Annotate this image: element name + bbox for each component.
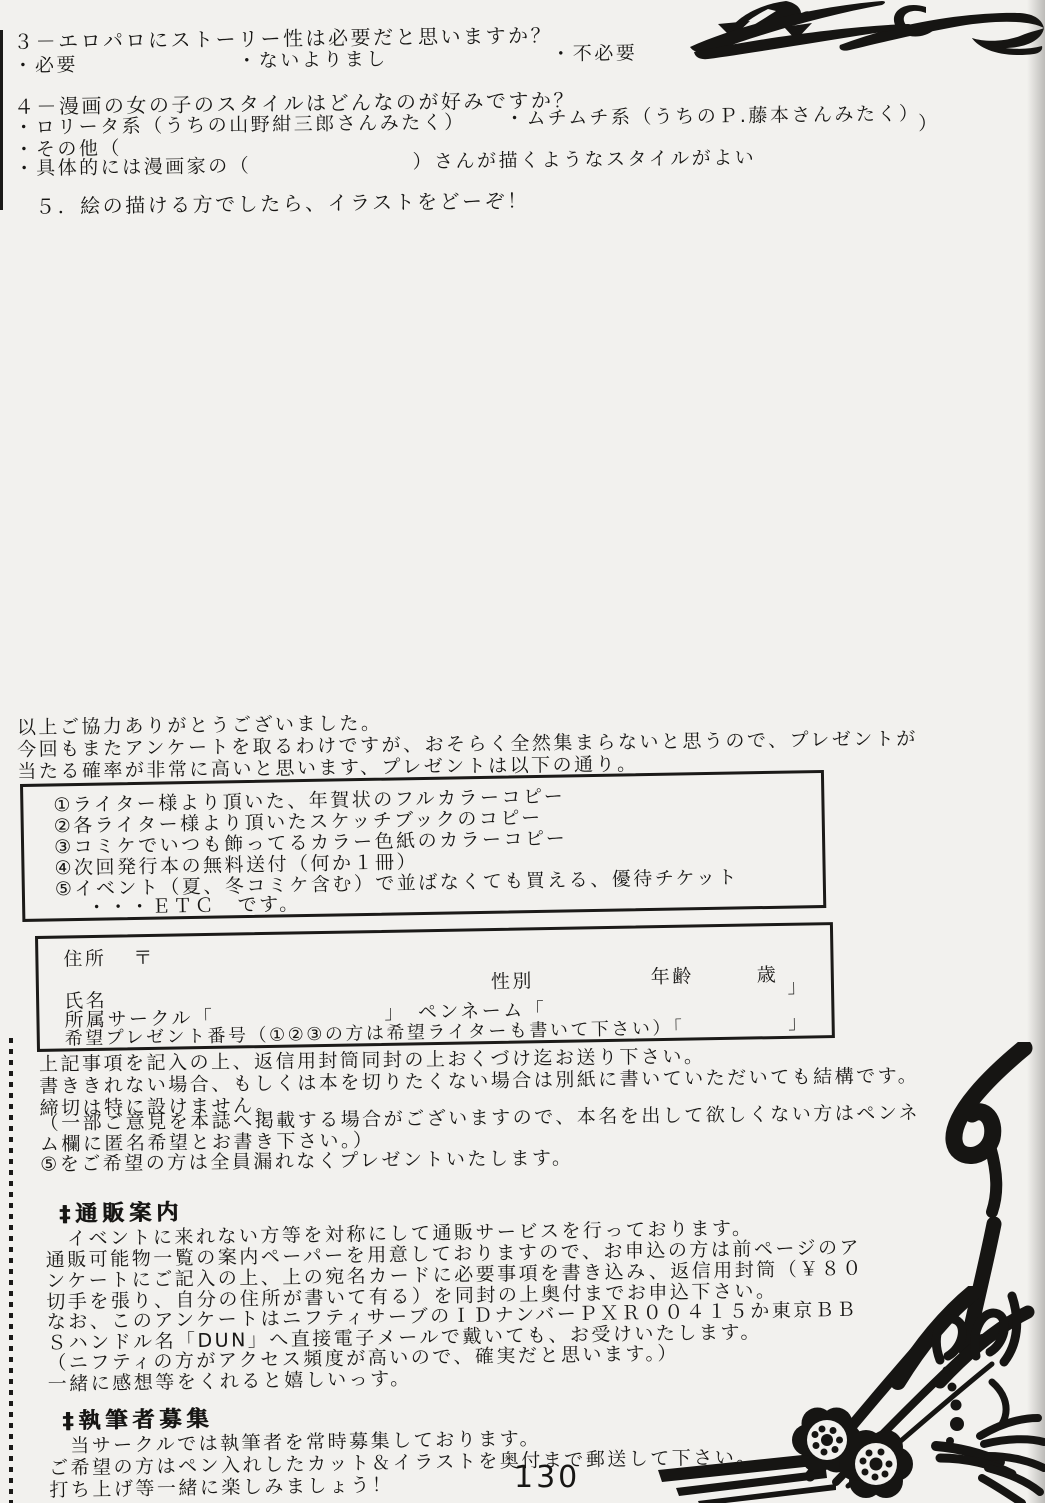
- prize-number-close-bracket: 」: [788, 1013, 810, 1032]
- question-4-option-specific-right: ）さんが描くようなスタイルがよい: [412, 149, 756, 172]
- age-field-label: 年齢: [651, 968, 694, 988]
- writer-recruit-line: 打ち上げ等一緒に楽しみましょう！: [49, 1476, 393, 1500]
- question-4-option-lolita: ・ロリータ系（うちの山野紺三郎さんみたく）: [14, 113, 466, 138]
- address-field-label: 住所: [63, 950, 106, 970]
- postal-mark: 〒: [133, 949, 155, 968]
- question-4-overflow-paren: ）: [918, 115, 940, 134]
- mail-order-line: 一緒に感想等をくれると嬉しいっす。: [48, 1370, 412, 1395]
- penname-close-bracket: 」: [787, 978, 809, 997]
- question-3-option-fuhitsuyou: ・不必要: [551, 44, 637, 64]
- question-5-title: ５．絵の描ける方でしたら、イラストをどーぞ！: [35, 191, 530, 217]
- mail-order-heading: ‡通販案内: [59, 1202, 183, 1226]
- floral-corner-icon: [640, 1286, 1045, 1503]
- writer-recruit-heading: ‡執筆者募集: [62, 1409, 213, 1433]
- scanned-doujinshi-page: ３－エロパロにストーリー性は必要だと思いますか？ ・必要 ・ないよりまし ・不必…: [0, 0, 1045, 1503]
- question-4-option-specific-left: ・具体的には漫画家の（: [15, 157, 252, 179]
- question-3-option-hitsuyou: ・必要: [13, 56, 78, 76]
- prize-list-box: ①ライター様より頂いた、年賀状のフルカラーコピー ②各ライター様より頂いたスケッ…: [20, 770, 826, 922]
- question-3-option-naiyorimashi: ・ないよりまし: [237, 50, 388, 71]
- page-number: 130: [514, 1463, 580, 1493]
- cut-dashed-line-icon: [9, 1038, 13, 1503]
- gender-field-label: 性別: [491, 972, 534, 992]
- reply-form-box: 住所 〒 性別 年齢 歳 氏名 所属サークル「 」 ペンネーム「 」 希望プレゼ…: [35, 922, 835, 1052]
- prize-item-etc: ・・・ＥＴＣ です。: [87, 895, 301, 918]
- question-3-title: ３－エロパロにストーリー性は必要だと思いますか？: [13, 25, 553, 52]
- note-line: ⑤をご希望の方は全員漏れなくプレゼントいたします。: [40, 1149, 573, 1175]
- age-unit-label: 歳: [757, 966, 779, 985]
- survey-questions-block: ３－エロパロにストーリー性は必要だと思いますか？ ・必要 ・ないよりまし ・不必…: [0, 0, 1045, 230]
- question-4-option-muchimuchi: ・ムチムチ系（うちのＰ.藤本さんみたく）: [505, 105, 921, 129]
